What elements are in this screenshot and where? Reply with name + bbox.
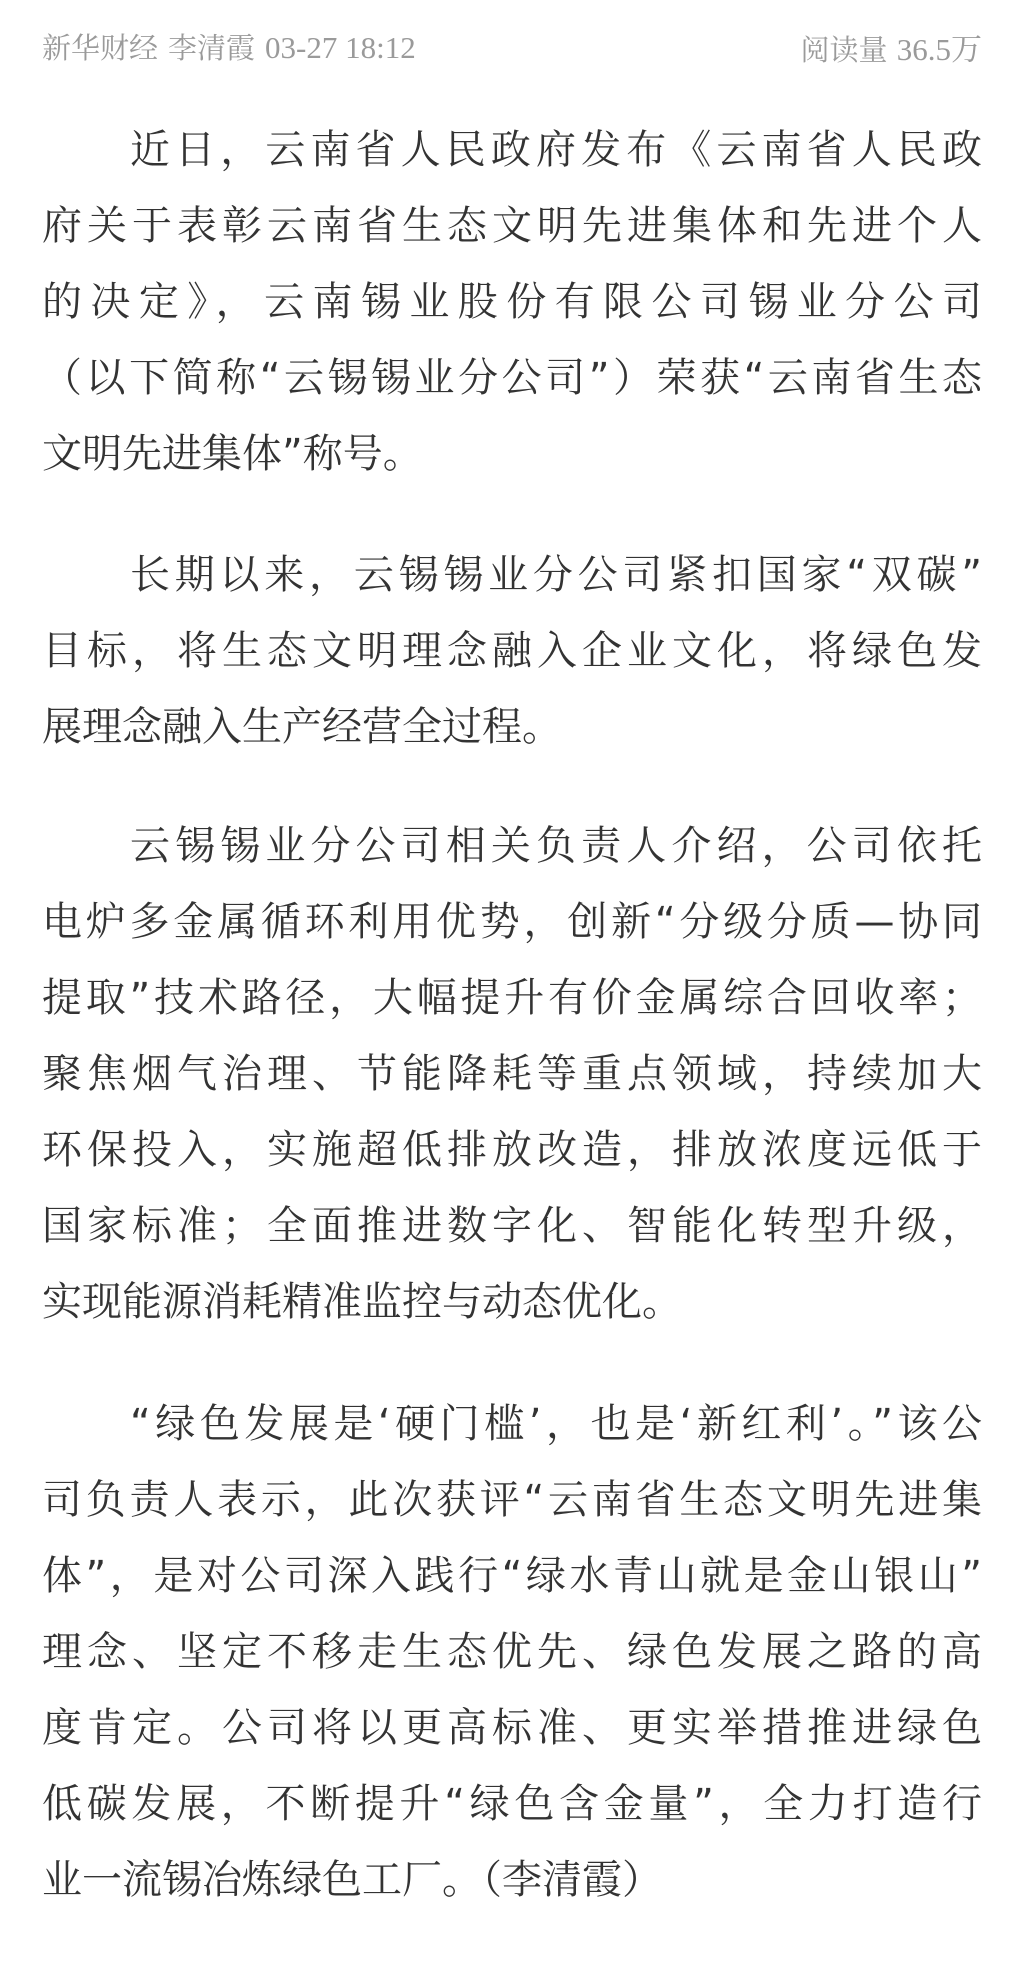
read-count-label: 阅读量 xyxy=(801,33,888,67)
article-byline: 新华财经李清霞03-27 18:12 xyxy=(42,26,426,67)
paragraph-line: 长期以来，云锡锡业分公司紧扣国家“双碳” xyxy=(42,537,982,613)
paragraph-line: 实现能源消耗精准监控与动态优化。 xyxy=(42,1264,982,1340)
paragraph-line: 国家标准；全面推进数字化、智能化转型升级， xyxy=(42,1188,982,1264)
paragraph-line: 府关于表彰云南省生态文明先进集体和先进个人 xyxy=(42,188,982,264)
paragraph-line: “绿色发展是‘硬门槛’，也是‘新红利’。”该公 xyxy=(42,1386,982,1462)
read-count: 阅读量 36.5万 xyxy=(801,24,982,69)
paragraph-line: 体”，是对公司深入践行“绿水青山就是金山银山” xyxy=(42,1538,982,1614)
paragraph-line: 理念、坚定不移走生态优先、绿色发展之路的高 xyxy=(42,1614,982,1690)
paragraph-line: 聚焦烟气治理、节能降耗等重点领域，持续加大 xyxy=(42,1036,982,1112)
paragraph-line: 低碳发展，不断提升“绿色含金量”，全力打造行 xyxy=(42,1766,982,1842)
paragraph-line: 展理念融入生产经营全过程。 xyxy=(42,689,982,765)
read-count-value: 36.5万 xyxy=(897,32,982,67)
paragraph-line: 环保投入，实施超低排放改造，排放浓度远低于 xyxy=(42,1112,982,1188)
author-name: 李清霞 xyxy=(168,31,255,65)
paragraph-line: 文明先进集体”称号。 xyxy=(42,416,982,492)
article-meta-bar: 新华财经李清霞03-27 18:12 阅读量 36.5万 xyxy=(42,26,982,66)
paragraph-line: 云锡锡业分公司相关负责人介绍，公司依托 xyxy=(42,808,982,884)
paragraph-line: （以下简称“云锡锡业分公司”）荣获“云南省生态 xyxy=(42,340,982,416)
source-name: 新华财经 xyxy=(42,31,158,65)
article-paragraph-1: 近日，云南省人民政府发布《云南省人民政 府关于表彰云南省生态文明先进集体和先进个… xyxy=(42,112,982,492)
paragraph-line: 的决定》，云南锡业股份有限公司锡业分公司 xyxy=(42,264,982,340)
paragraph-line: 目标，将生态文明理念融入企业文化，将绿色发 xyxy=(42,613,982,689)
paragraph-line: 度肯定。公司将以更高标准、更实举措推进绿色 xyxy=(42,1690,982,1766)
paragraph-line: 近日，云南省人民政府发布《云南省人民政 xyxy=(42,112,982,188)
paragraph-line: 司负责人表示，此次获评“云南省生态文明先进集 xyxy=(42,1462,982,1538)
publish-datetime: 03-27 18:12 xyxy=(265,30,416,65)
article-paragraph-3: 云锡锡业分公司相关负责人介绍，公司依托 电炉多金属循环利用优势，创新“分级分质—… xyxy=(42,808,982,1340)
article-paragraph-4: “绿色发展是‘硬门槛’，也是‘新红利’。”该公 司负责人表示，此次获评“云南省生… xyxy=(42,1386,982,1918)
paragraph-line: 电炉多金属循环利用优势，创新“分级分质—协同 xyxy=(42,884,982,960)
paragraph-line: 业一流锡冶炼绿色工厂。（李清霞） xyxy=(42,1842,982,1918)
paragraph-line: 提取”技术路径，大幅提升有价金属综合回收率； xyxy=(42,960,982,1036)
article-paragraph-2: 长期以来，云锡锡业分公司紧扣国家“双碳” 目标，将生态文明理念融入企业文化，将绿… xyxy=(42,537,982,765)
